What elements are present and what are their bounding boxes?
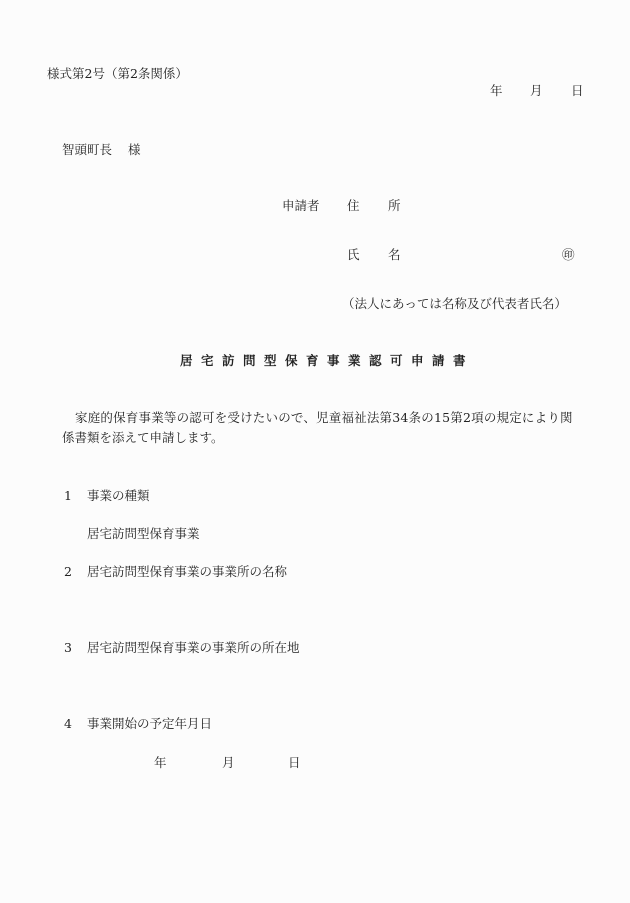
address-label-char-2: 所 [388,200,401,213]
body-text-line-1: 家庭的保育事業等の認可を受けたいので、児童福祉法第34条の15第2項の規定により… [75,412,573,425]
applicant-label: 申請者 [282,200,320,213]
document-title: 居宅訪問型保育事業認可申請書 [180,355,474,368]
section-label: 居宅訪問型保育事業の事業所の所在地 [87,642,300,655]
name-label-char-1: 氏 [347,249,360,262]
section-label: 事業の種類 [87,490,150,503]
section-label: 居宅訪問型保育事業の事業所の名称 [87,566,287,579]
section-number: 2 [64,566,72,579]
section-number: 3 [64,642,72,655]
seal-mark-icon: ㊞ [562,249,575,262]
start-date-year-label: 年 [154,757,167,770]
start-date-month-label: 月 [222,757,235,770]
date-day-label: 日 [571,85,584,98]
section-number: 1 [64,490,72,503]
section-number: 4 [64,718,72,731]
date-month-label: 月 [530,85,543,98]
corporate-note: （法人にあっては名称及び代表者氏名） [342,298,567,311]
start-date-day-label: 日 [288,757,301,770]
form-number: 様式第2号（第2条関係） [47,68,188,81]
addressee-name: 智頭町長 [62,144,112,157]
body-text-line-2: 係書類を添えて申請します。 [62,432,224,445]
address-label-char-1: 住 [347,200,360,213]
date-year-label: 年 [490,85,503,98]
section-value: 居宅訪問型保育事業 [87,528,200,541]
addressee-honorific: 様 [128,144,141,157]
name-label-char-2: 名 [388,249,401,262]
section-label: 事業開始の予定年月日 [87,718,212,731]
